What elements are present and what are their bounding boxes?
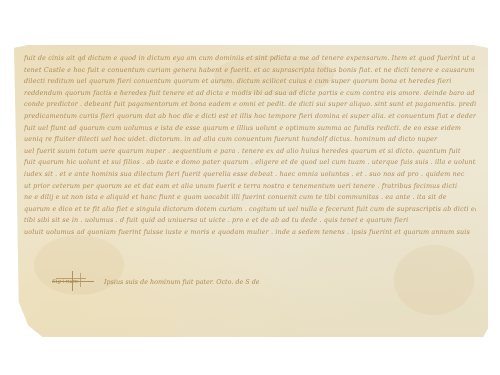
- manuscript-line: predicamentum curiis fieri quorum dat ab…: [24, 111, 476, 123]
- signature-text: Ipsius suis de hominum fuit pater. Octo.…: [104, 278, 260, 286]
- signum-label: Sig+num: [52, 275, 78, 289]
- manuscript-line: iudex sit . et e ante hominis sua dilect…: [24, 169, 476, 181]
- notarial-signum-mark: Sig+num: [52, 275, 94, 289]
- manuscript-line: fuit quarum hic uolunt et sui filios . a…: [24, 157, 476, 169]
- manuscript-line: dilecti reditum uel quarum fieri conuent…: [24, 76, 476, 88]
- manuscript-line: fuit de cinis ait qd dictum e quod in di…: [24, 53, 476, 65]
- manuscript-line: tenet Castle e hoc fuit e conuentum curi…: [24, 65, 476, 77]
- signature-line: Sig+num Ipsius suis de hominum fuit pate…: [52, 275, 260, 289]
- manuscript-line: fuit uel fiunt ad quarum cum uolumus e i…: [24, 123, 476, 135]
- parchment-stain: [394, 245, 474, 315]
- manuscript-line: tibi sibi sit se in . uolumus . d fuit q…: [24, 215, 476, 227]
- manuscript-text-block: fuit de cinis ait qd dictum e quod in di…: [24, 53, 476, 239]
- manuscript-line: quarum e dico et te fit alia fiet e sing…: [24, 204, 476, 216]
- parchment-document: fuit de cinis ait qd dictum e quod in di…: [14, 45, 488, 337]
- manuscript-line: ut prior ceterum per quorum se et dat ea…: [24, 181, 476, 193]
- manuscript-line: uoluit uolumus ad quoniam fuerint fuisse…: [24, 227, 476, 239]
- manuscript-line: conde predictor . debeant fuit pagamento…: [24, 99, 476, 111]
- manuscript-line: ne e dilij e ut non ista e aliquid et ha…: [24, 192, 476, 204]
- manuscript-line: uel fuerit suum totum uere quarum nuper …: [24, 146, 476, 158]
- manuscript-line: ueniq re fluiter dilecti uel hoc uidet. …: [24, 134, 476, 146]
- manuscript-line: reddendum quorum factis e heredes fuit t…: [24, 88, 476, 100]
